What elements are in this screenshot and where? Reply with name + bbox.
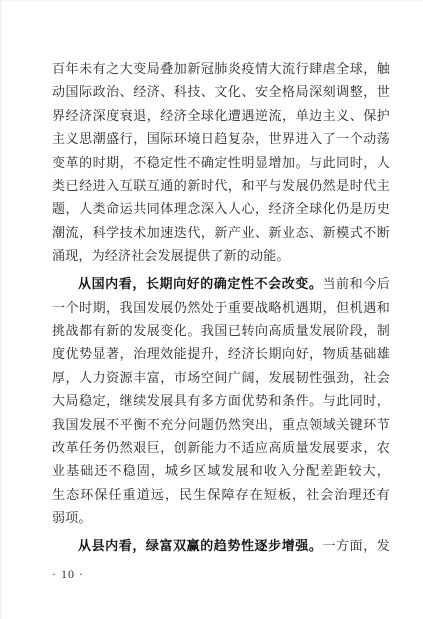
scan-edge-top [0, 0, 423, 2]
text-line: 界经济深度衰退，经济全球化遭遇逆流，单边主义、保护 [52, 104, 390, 127]
text-line: 业基础还不稳固，城乡区域发展和收入分配差距较大， [52, 459, 390, 482]
text-line: 潮流，科学技术加速迭代，新产业、新业态、新模式不断 [52, 221, 390, 244]
paragraph: 从国内看，长期向好的确定性不会改变。当前和今后一个时期，我国发展仍然处于重要战略… [52, 272, 390, 529]
text-line: 我国发展不平衡不充分问题仍然突出，重点领域关键环节 [52, 413, 390, 436]
text-line: 厚，人力资源丰富，市场空间广阔，发展韧性强劲，社会 [52, 366, 390, 389]
text-line: 从国内看，长期向好的确定性不会改变。当前和今后 [52, 272, 390, 295]
text-line: 题，人类命运共同体理念深入人心，经济全球化仍是历史 [52, 197, 390, 220]
paragraph-lead-bold: 从县内看，绿富双赢的趋势性逐步增强。 [78, 538, 322, 553]
text-line: 主义思潮盛行，国际环境日趋复杂，世界进入了一个动荡 [52, 127, 390, 150]
paragraph: 百年未有之大变局叠加新冠肺炎疫情大流行肆虐全球，触动国际政治、经济、科技、文化、… [52, 57, 390, 268]
text-line: 挑战都有新的发展变化。我国已转向高质量发展阶段，制 [52, 319, 390, 342]
text-line: 百年未有之大变局叠加新冠肺炎疫情大流行肆虐全球，触 [52, 57, 390, 80]
text-line: 动国际政治、经济、科技、文化、安全格局深刻调整，世 [52, 80, 390, 103]
paragraph: 从县内看，绿富双赢的趋势性逐步增强。一方面，发 [52, 534, 390, 557]
text-line: 类已经进入互联互通的新时代，和平与发展仍然是时代主 [52, 174, 390, 197]
text-line: 改革任务仍然艰巨，创新能力不适应高质量发展要求，农 [52, 436, 390, 459]
text-line: 变革的时期，不稳定性不确定性明显增加。与此同时，人 [52, 151, 390, 174]
text-line: 涌现，为经济社会发展提供了新的动能。 [52, 244, 390, 267]
text-line: 生态环保任重道远，民生保障存在短板，社会治理还有 [52, 483, 390, 506]
text-line: 弱项。 [52, 506, 390, 529]
text-line: 大局稳定，继续发展具有多方面优势和条件。与此同时， [52, 389, 390, 412]
text-line: 度优势显著，治理效能提升，经济长期向好，物质基础雄 [52, 342, 390, 365]
page-body-text: 百年未有之大变局叠加新冠肺炎疫情大流行肆虐全球，触动国际政治、经济、科技、文化、… [52, 57, 390, 558]
text-line: 从县内看，绿富双赢的趋势性逐步增强。一方面，发 [52, 534, 390, 557]
page-number: · 10 · [52, 566, 84, 582]
text-line: 一个时期，我国发展仍然处于重要战略机遇期，但机遇和 [52, 296, 390, 319]
paragraph-lead-bold: 从国内看，长期向好的确定性不会改变。 [78, 276, 322, 291]
scan-edge-left [0, 0, 2, 619]
